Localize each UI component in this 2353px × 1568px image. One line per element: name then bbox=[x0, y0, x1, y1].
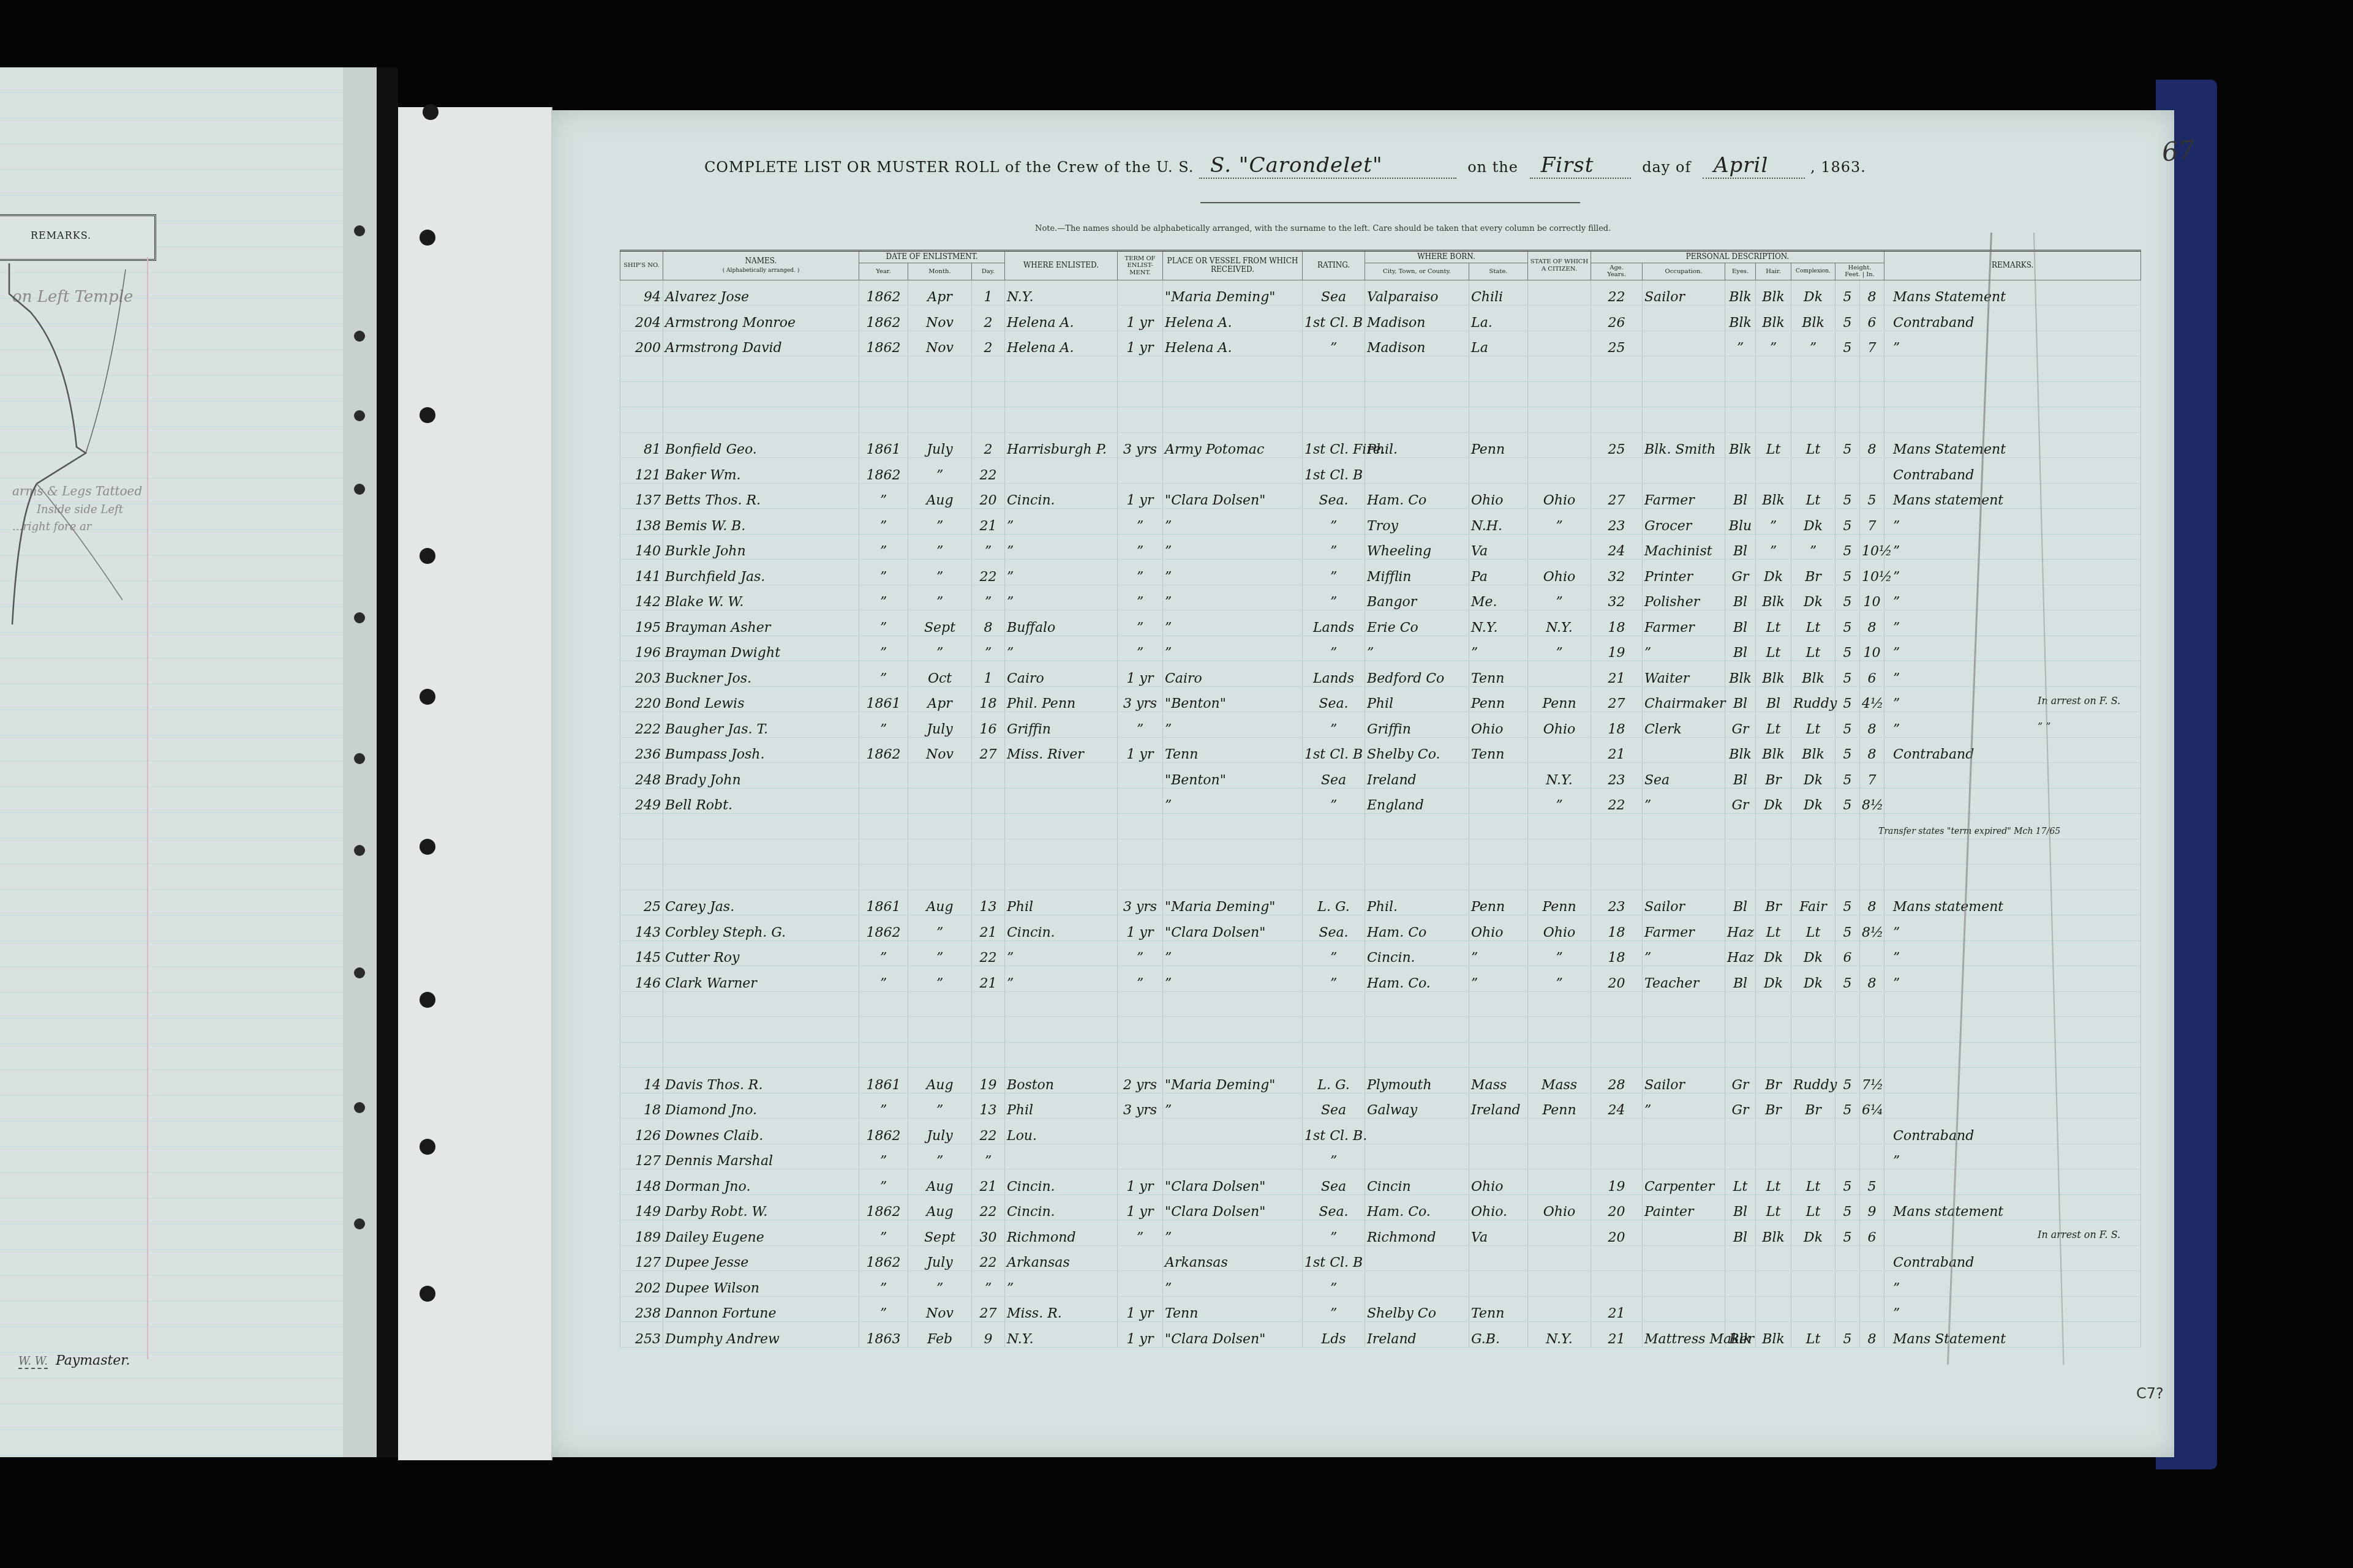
cell-age: 19 bbox=[1591, 1169, 1643, 1195]
arrest-note: ” ” bbox=[2038, 721, 2050, 732]
cell-vessel bbox=[1163, 839, 1303, 865]
cell-name: Carey Jas. bbox=[663, 890, 859, 915]
cell-citizen: Ohio bbox=[1528, 915, 1591, 941]
cell-occupation bbox=[1643, 458, 1725, 484]
cell-feet bbox=[1835, 1144, 1860, 1169]
blank-row bbox=[620, 865, 2141, 890]
cell-enlisted bbox=[1005, 356, 1118, 382]
binding-strip bbox=[398, 107, 552, 1460]
cell-eyes: Bl bbox=[1725, 534, 1756, 560]
cell-name: Dupee Jesse bbox=[663, 1245, 859, 1271]
cell-age: 20 bbox=[1591, 966, 1643, 992]
cell-city: ” bbox=[1365, 636, 1469, 661]
cell-term: 1 yr bbox=[1118, 737, 1163, 763]
cell-term bbox=[1118, 814, 1163, 839]
col-feet-label: Feet. bbox=[1845, 271, 1860, 278]
cell-state: Penn bbox=[1469, 432, 1528, 458]
cell-term: ” bbox=[1118, 509, 1163, 535]
cell-vessel bbox=[1163, 356, 1303, 382]
cell-remarks: ” bbox=[1884, 1144, 2141, 1169]
cell-year: ” bbox=[859, 560, 908, 585]
cell-eyes bbox=[1725, 1119, 1756, 1144]
cell-vessel bbox=[1163, 865, 1303, 890]
cell-name: Downes Claib. bbox=[663, 1119, 859, 1144]
cell-city: Bangor bbox=[1365, 585, 1469, 610]
cell-city bbox=[1365, 839, 1469, 865]
cell-feet: 5 bbox=[1835, 585, 1860, 610]
cell-inches bbox=[1860, 1017, 1884, 1043]
cell-vessel: Army Potomac bbox=[1163, 432, 1303, 458]
table-row: 204Armstrong Monroe1862Nov2Helena A.1 yr… bbox=[620, 306, 2141, 331]
cell-inches bbox=[1860, 381, 1884, 407]
cell-day: 22 bbox=[972, 560, 1005, 585]
table-row: 94Alvarez Jose1862Apr1N.Y."Maria Deming"… bbox=[620, 280, 2141, 306]
cell-complexion bbox=[1791, 1042, 1835, 1068]
cell-occupation: Waiter bbox=[1643, 661, 1725, 687]
blank-row bbox=[620, 839, 2141, 865]
cell-eyes bbox=[1725, 991, 1756, 1017]
cell-citizen bbox=[1528, 381, 1591, 407]
cell-term: 1 yr bbox=[1118, 1322, 1163, 1348]
cell-term bbox=[1118, 1144, 1163, 1169]
cell-name: Diamond Jno. bbox=[663, 1093, 859, 1119]
cell-complexion bbox=[1791, 814, 1835, 839]
cell-enlisted: Helena A. bbox=[1005, 331, 1118, 356]
cell-eyes: Blk bbox=[1725, 280, 1756, 306]
cell-day: 20 bbox=[972, 483, 1005, 509]
cell-day: 18 bbox=[972, 686, 1005, 712]
cell-inches: 7 bbox=[1860, 331, 1884, 356]
cell-year: ” bbox=[859, 585, 908, 610]
cell-state: Penn bbox=[1469, 686, 1528, 712]
cell-term bbox=[1118, 1245, 1163, 1271]
corner-pencil-mark: C7? bbox=[2136, 1385, 2164, 1402]
cell-day: ” bbox=[972, 636, 1005, 661]
cell-rating bbox=[1303, 991, 1365, 1017]
cell-remarks: ” bbox=[1884, 585, 2141, 610]
cell-complexion: Ruddy bbox=[1791, 1068, 1835, 1093]
binding-hole bbox=[420, 548, 435, 564]
cell-eyes bbox=[1725, 1042, 1756, 1068]
cell-vessel: Arkansas bbox=[1163, 1245, 1303, 1271]
cell-year: 1862 bbox=[859, 1245, 908, 1271]
binding-hole bbox=[420, 407, 435, 423]
cell-term: ” bbox=[1118, 966, 1163, 992]
cell-name: Bonfield Geo. bbox=[663, 432, 859, 458]
cell-term: ” bbox=[1118, 940, 1163, 966]
cell-city bbox=[1365, 814, 1469, 839]
cell-month bbox=[908, 763, 972, 789]
cell-age: 18 bbox=[1591, 915, 1643, 941]
cell-day bbox=[972, 1042, 1005, 1068]
cell-name bbox=[663, 991, 859, 1017]
cell-rating: ” bbox=[1303, 331, 1365, 356]
cell-remarks: Contraband bbox=[1884, 1119, 2141, 1144]
cell-feet bbox=[1835, 1245, 1860, 1271]
cell-feet: 5 bbox=[1835, 966, 1860, 992]
cell-city: Ireland bbox=[1365, 1322, 1469, 1348]
cell-citizen bbox=[1528, 865, 1591, 890]
cell-rating bbox=[1303, 865, 1365, 890]
cell-feet bbox=[1835, 1296, 1860, 1322]
cell-feet: 5 bbox=[1835, 661, 1860, 687]
cell-name: Dennis Marshal bbox=[663, 1144, 859, 1169]
cell-occupation bbox=[1643, 381, 1725, 407]
col-state: State. bbox=[1469, 263, 1528, 280]
binding-hole bbox=[354, 484, 365, 495]
cell-vessel bbox=[1163, 1119, 1303, 1144]
table-row: 146Clark Warner””21””””Ham. Co.””20Teach… bbox=[620, 966, 2141, 992]
cell-citizen: ” bbox=[1528, 966, 1591, 992]
cell-name: Dumphy Andrew bbox=[663, 1322, 859, 1348]
cell-complexion: Lt bbox=[1791, 1195, 1835, 1220]
cell-occupation: Farmer bbox=[1643, 915, 1725, 941]
cell-month: ” bbox=[908, 915, 972, 941]
cell-city: Madison bbox=[1365, 331, 1469, 356]
cell-feet: 6 bbox=[1835, 940, 1860, 966]
cell-term bbox=[1118, 356, 1163, 382]
cell-day bbox=[972, 788, 1005, 814]
cell-eyes: Blu bbox=[1725, 509, 1756, 535]
cell-term: 1 yr bbox=[1118, 1195, 1163, 1220]
cell-hair bbox=[1756, 1119, 1791, 1144]
binding-hole bbox=[354, 967, 365, 978]
cell-rating: Sea. bbox=[1303, 1195, 1365, 1220]
cell-rating: ” bbox=[1303, 636, 1365, 661]
cell-occupation: Sailor bbox=[1643, 280, 1725, 306]
cell-rating: L. G. bbox=[1303, 1068, 1365, 1093]
cell-name bbox=[663, 381, 859, 407]
binding-hole bbox=[354, 225, 365, 236]
cell-day: 22 bbox=[972, 1245, 1005, 1271]
col-age-label: Age. bbox=[1609, 264, 1624, 271]
title-underline bbox=[1200, 202, 1580, 203]
table-row: 189Dailey Eugene”Sept30Richmond”””Richmo… bbox=[620, 1220, 2141, 1246]
cell-citizen: ” bbox=[1528, 585, 1591, 610]
cell-no: 143 bbox=[620, 915, 663, 941]
cell-complexion: Lt bbox=[1791, 636, 1835, 661]
cell-name: Bumpass Josh. bbox=[663, 737, 859, 763]
cell-vessel: Helena A. bbox=[1163, 306, 1303, 331]
cell-vessel: ” bbox=[1163, 636, 1303, 661]
cell-no: 196 bbox=[620, 636, 663, 661]
cell-rating: ” bbox=[1303, 788, 1365, 814]
cell-feet: 5 bbox=[1835, 483, 1860, 509]
cell-hair: Blk bbox=[1756, 1322, 1791, 1348]
cell-occupation bbox=[1643, 1144, 1725, 1169]
cell-age bbox=[1591, 1042, 1643, 1068]
cell-occupation bbox=[1643, 1119, 1725, 1144]
cell-month bbox=[908, 381, 972, 407]
cell-age: 21 bbox=[1591, 737, 1643, 763]
cell-feet bbox=[1835, 458, 1860, 484]
cell-eyes: Gr bbox=[1725, 1093, 1756, 1119]
cell-feet bbox=[1835, 407, 1860, 433]
cell-day: 21 bbox=[972, 915, 1005, 941]
cell-enlisted bbox=[1005, 991, 1118, 1017]
cell-occupation: Sailor bbox=[1643, 1068, 1725, 1093]
cell-hair: Lt bbox=[1756, 712, 1791, 738]
cell-age bbox=[1591, 407, 1643, 433]
cell-state: Ohio bbox=[1469, 483, 1528, 509]
cell-citizen: Penn bbox=[1528, 890, 1591, 915]
cell-eyes: Bl bbox=[1725, 890, 1756, 915]
cell-month bbox=[908, 1042, 972, 1068]
cell-year: ” bbox=[859, 1271, 908, 1297]
cell-term: 2 yrs bbox=[1118, 1068, 1163, 1093]
cell-hair: Br bbox=[1756, 1068, 1791, 1093]
cell-complexion: Lt bbox=[1791, 915, 1835, 941]
cell-name: Bond Lewis bbox=[663, 686, 859, 712]
col-date-of-enlistment: DATE OF ENLISTMENT. bbox=[859, 251, 1005, 263]
cell-feet: 5 bbox=[1835, 737, 1860, 763]
cell-enlisted bbox=[1005, 814, 1118, 839]
cell-month: July bbox=[908, 712, 972, 738]
cell-year: 1863 bbox=[859, 1322, 908, 1348]
cell-hair bbox=[1756, 407, 1791, 433]
cell-term: ” bbox=[1118, 560, 1163, 585]
cell-occupation: Teacher bbox=[1643, 966, 1725, 992]
cell-month: Aug bbox=[908, 1068, 972, 1093]
cell-term: ” bbox=[1118, 585, 1163, 610]
cell-rating: ” bbox=[1303, 712, 1365, 738]
col-height: Height.Feet. | In. bbox=[1835, 263, 1884, 280]
cell-city: Cincin bbox=[1365, 1169, 1469, 1195]
cell-no: 142 bbox=[620, 585, 663, 610]
cell-age: 20 bbox=[1591, 1220, 1643, 1246]
cell-feet bbox=[1835, 1119, 1860, 1144]
cell-city: Ireland bbox=[1365, 763, 1469, 789]
cell-rating: Lands bbox=[1303, 661, 1365, 687]
cell-term bbox=[1118, 839, 1163, 865]
cell-no bbox=[620, 381, 663, 407]
cell-inches bbox=[1860, 407, 1884, 433]
cell-feet: 5 bbox=[1835, 915, 1860, 941]
cell-name: Clark Warner bbox=[663, 966, 859, 992]
cell-year bbox=[859, 1042, 908, 1068]
cell-enlisted bbox=[1005, 865, 1118, 890]
binding-hole bbox=[423, 104, 439, 120]
cell-rating: Sea bbox=[1303, 1093, 1365, 1119]
cell-month: Oct bbox=[908, 661, 972, 687]
table-row: 145Cutter Roy””22””””Cincin.””18”HazDkDk… bbox=[620, 940, 2141, 966]
cell-month: ” bbox=[908, 534, 972, 560]
cell-citizen bbox=[1528, 280, 1591, 306]
cell-citizen: N.Y. bbox=[1528, 610, 1591, 636]
table-row: 138Bemis W. B.””21””””TroyN.H.”23GrocerB… bbox=[620, 509, 2141, 535]
cell-no: 204 bbox=[620, 306, 663, 331]
cell-term bbox=[1118, 865, 1163, 890]
cell-month: July bbox=[908, 432, 972, 458]
cell-city: Plymouth bbox=[1365, 1068, 1469, 1093]
cell-month: Apr bbox=[908, 686, 972, 712]
cell-inches bbox=[1860, 1245, 1884, 1271]
cell-hair: Lt bbox=[1756, 1195, 1791, 1220]
cell-enlisted: ” bbox=[1005, 1271, 1118, 1297]
cell-remarks bbox=[1884, 1042, 2141, 1068]
cell-city bbox=[1365, 1017, 1469, 1043]
cell-state: Pa bbox=[1469, 560, 1528, 585]
cell-day: 2 bbox=[972, 331, 1005, 356]
cell-age: 20 bbox=[1591, 1195, 1643, 1220]
cell-complexion bbox=[1791, 1271, 1835, 1297]
cell-remarks: Contraband bbox=[1884, 737, 2141, 763]
cell-age: 21 bbox=[1591, 1322, 1643, 1348]
cell-enlisted: Miss. R. bbox=[1005, 1296, 1118, 1322]
table-row: 137Betts Thos. R.”Aug20Cincin.1 yr"Clara… bbox=[620, 483, 2141, 509]
left-remarks-header: REMARKS. bbox=[31, 230, 91, 241]
cell-complexion: Br bbox=[1791, 560, 1835, 585]
cell-eyes: Bl bbox=[1725, 1195, 1756, 1220]
cell-vessel bbox=[1163, 1042, 1303, 1068]
cell-vessel: Tenn bbox=[1163, 737, 1303, 763]
blank-row bbox=[620, 991, 2141, 1017]
col-height-label: Height. bbox=[1848, 264, 1872, 271]
cell-remarks: Transfer states "term expired" Mch 17/65 bbox=[1884, 814, 2141, 839]
cell-enlisted bbox=[1005, 763, 1118, 789]
binding-hole bbox=[354, 612, 365, 623]
cell-occupation: Sea bbox=[1643, 763, 1725, 789]
cell-vessel: "Maria Deming" bbox=[1163, 280, 1303, 306]
cell-state: La bbox=[1469, 331, 1528, 356]
book-gutter bbox=[377, 67, 398, 1457]
cell-name: Dannon Fortune bbox=[663, 1296, 859, 1322]
cell-complexion: Dk bbox=[1791, 1220, 1835, 1246]
cell-state: Va bbox=[1469, 1220, 1528, 1246]
cell-remarks: ” bbox=[1884, 331, 2141, 356]
cell-rating bbox=[1303, 356, 1365, 382]
table-row: 222Baugher Jas. T.”July16Griffin”””Griff… bbox=[620, 712, 2141, 738]
cell-year bbox=[859, 407, 908, 433]
cell-day: 30 bbox=[972, 1220, 1005, 1246]
cell-rating: L. G. bbox=[1303, 890, 1365, 915]
cell-no: 126 bbox=[620, 1119, 663, 1144]
cell-hair: Br bbox=[1756, 890, 1791, 915]
cell-month bbox=[908, 814, 972, 839]
cell-occupation bbox=[1643, 1220, 1725, 1246]
cell-rating: ” bbox=[1303, 1296, 1365, 1322]
cell-no: 25 bbox=[620, 890, 663, 915]
binding-hole bbox=[420, 992, 435, 1008]
cell-enlisted: Cincin. bbox=[1005, 1195, 1118, 1220]
cell-eyes bbox=[1725, 356, 1756, 382]
cell-age: 32 bbox=[1591, 585, 1643, 610]
cell-occupation: Polisher bbox=[1643, 585, 1725, 610]
cell-age bbox=[1591, 1017, 1643, 1043]
cell-citizen bbox=[1528, 1271, 1591, 1297]
cell-no: 18 bbox=[620, 1093, 663, 1119]
cell-citizen: ” bbox=[1528, 636, 1591, 661]
col-inches-label: In. bbox=[1866, 271, 1875, 278]
cell-enlisted bbox=[1005, 1144, 1118, 1169]
cell-month: ” bbox=[908, 1093, 972, 1119]
cell-complexion: Lt bbox=[1791, 1169, 1835, 1195]
cell-age bbox=[1591, 1144, 1643, 1169]
cell-name bbox=[663, 356, 859, 382]
cell-eyes: Bl bbox=[1725, 1220, 1756, 1246]
cell-vessel: ” bbox=[1163, 788, 1303, 814]
cell-citizen: ” bbox=[1528, 788, 1591, 814]
title-day-of: day of bbox=[1642, 159, 1691, 176]
cell-feet: 5 bbox=[1835, 331, 1860, 356]
cell-enlisted: ” bbox=[1005, 940, 1118, 966]
cell-month: Nov bbox=[908, 737, 972, 763]
cell-no bbox=[620, 814, 663, 839]
cell-month: ” bbox=[908, 458, 972, 484]
col-where-born: WHERE BORN. bbox=[1365, 251, 1528, 263]
table-row: 127Dennis Marshal””””” bbox=[620, 1144, 2141, 1169]
cell-citizen bbox=[1528, 1169, 1591, 1195]
cell-inches bbox=[1860, 1042, 1884, 1068]
table-row: 249Bell Robt.””England”22”GrDkDk58½ bbox=[620, 788, 2141, 814]
cell-state bbox=[1469, 381, 1528, 407]
cell-rating bbox=[1303, 1017, 1365, 1043]
binding-hole bbox=[420, 689, 435, 705]
binding-hole bbox=[354, 410, 365, 421]
cell-vessel: ” bbox=[1163, 560, 1303, 585]
cell-month bbox=[908, 839, 972, 865]
cell-inches: 8 bbox=[1860, 432, 1884, 458]
cell-year: 1861 bbox=[859, 686, 908, 712]
cell-citizen: Mass bbox=[1528, 1068, 1591, 1093]
cell-remarks: Mans statement bbox=[1884, 1195, 2141, 1220]
cell-name: Baker Wm. bbox=[663, 458, 859, 484]
cell-term bbox=[1118, 788, 1163, 814]
cell-month: Sept bbox=[908, 610, 972, 636]
cell-enlisted bbox=[1005, 839, 1118, 865]
cell-enlisted: Phil bbox=[1005, 1093, 1118, 1119]
cell-inches bbox=[1860, 458, 1884, 484]
cell-rating: Sea bbox=[1303, 1169, 1365, 1195]
cell-enlisted bbox=[1005, 1017, 1118, 1043]
cell-vessel: ” bbox=[1163, 940, 1303, 966]
cell-feet: 5 bbox=[1835, 610, 1860, 636]
cell-age: 27 bbox=[1591, 483, 1643, 509]
cell-enlisted: Phil bbox=[1005, 890, 1118, 915]
cell-age: 23 bbox=[1591, 763, 1643, 789]
cell-citizen bbox=[1528, 1296, 1591, 1322]
cell-feet: 5 bbox=[1835, 1068, 1860, 1093]
cell-hair: Blk bbox=[1756, 280, 1791, 306]
cell-term bbox=[1118, 280, 1163, 306]
cell-inches bbox=[1860, 1144, 1884, 1169]
cell-age: 25 bbox=[1591, 432, 1643, 458]
cell-no: 236 bbox=[620, 737, 663, 763]
cell-state: Ohio bbox=[1469, 915, 1528, 941]
cell-name: Brayman Asher bbox=[663, 610, 859, 636]
blank-row bbox=[620, 407, 2141, 433]
cell-hair: Br bbox=[1756, 763, 1791, 789]
cell-year: ” bbox=[859, 534, 908, 560]
cell-feet: 5 bbox=[1835, 1220, 1860, 1246]
cell-vessel: "Clara Dolsen" bbox=[1163, 915, 1303, 941]
cell-occupation: Chairmaker bbox=[1643, 686, 1725, 712]
cell-year: ” bbox=[859, 966, 908, 992]
cell-remarks bbox=[1884, 1093, 2141, 1119]
cell-no bbox=[620, 839, 663, 865]
cell-rating: Lands bbox=[1303, 610, 1365, 636]
cell-inches: 8 bbox=[1860, 280, 1884, 306]
cell-inches: 8½ bbox=[1860, 788, 1884, 814]
cell-complexion bbox=[1791, 865, 1835, 890]
cell-hair: Lt bbox=[1756, 636, 1791, 661]
cell-inches: 8 bbox=[1860, 712, 1884, 738]
col-years-label: Years. bbox=[1607, 271, 1626, 278]
cell-feet: 5 bbox=[1835, 1093, 1860, 1119]
cell-rating: Sea. bbox=[1303, 915, 1365, 941]
cell-feet bbox=[1835, 865, 1860, 890]
col-personal-description: PERSONAL DESCRIPTION. bbox=[1591, 251, 1884, 263]
